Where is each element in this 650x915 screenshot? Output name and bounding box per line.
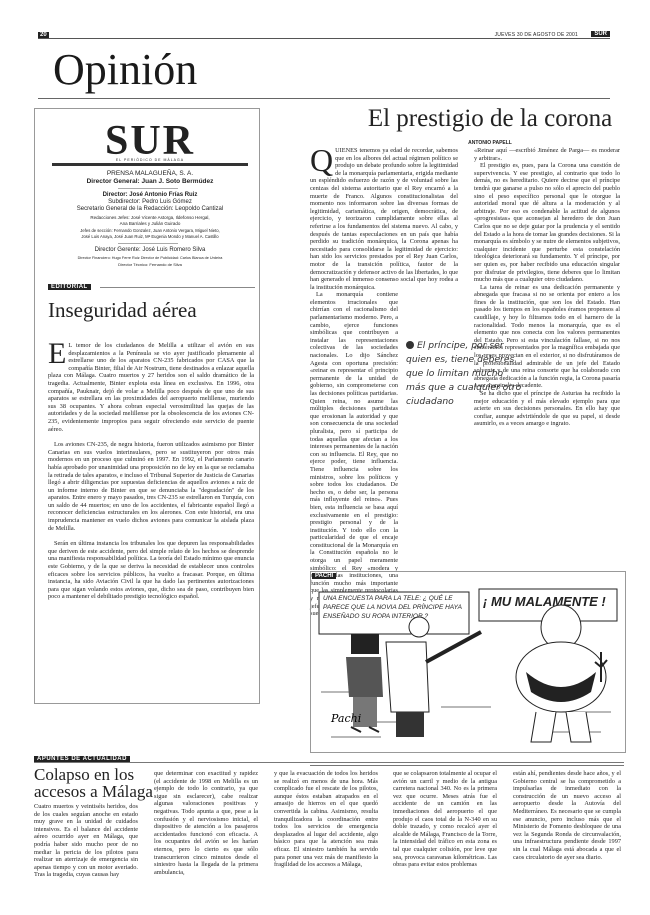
- dropcap: Q: [310, 147, 333, 173]
- director-gerente: Director Gerente: José Luis Romero Silva: [40, 247, 260, 253]
- editorial-rule: [100, 287, 255, 288]
- bullet-icon: [406, 341, 414, 349]
- publisher: PRENSA MALAGUEÑA, S. A.: [40, 170, 260, 177]
- apuntes-paragraph: y que la evacuación de todos los heridos…: [274, 770, 378, 869]
- cartoon-illustration: UNA ENCUESTA PARA LA TELE: ¿ QUÉ LE PARE…: [311, 572, 625, 752]
- cartoon-tag: PACHI: [312, 573, 336, 579]
- article-title: El prestigio de la corona: [340, 105, 640, 133]
- section-title: Opinión: [53, 46, 197, 94]
- cartoonist-signature: Pachi: [330, 712, 361, 725]
- header-rule: [38, 38, 610, 39]
- jefes-seccion: Jefes de sección: Fernando Gonzalez, Jua…: [40, 228, 260, 233]
- redaccion-jefes: Redacciones Jefes: José Vicente Astorga,…: [40, 215, 260, 220]
- masthead-logo: SUR: [50, 120, 250, 162]
- paper-badge: SUR: [591, 31, 610, 37]
- director-general: Director General: Juan J. Soto Bermúdez: [40, 178, 260, 185]
- separator: [118, 243, 178, 244]
- editorial-tag: EDITORIAL: [48, 284, 91, 290]
- subdirector: Subdirector: Pedro Luis Gómez: [40, 199, 260, 205]
- apuntes-paragraph: que se colapsaron totalmente al ocupar e…: [393, 770, 497, 869]
- editorial-paragraph: Los aviones CN-235, de negra historia, f…: [48, 441, 254, 532]
- editorial-title: Inseguridad aérea: [48, 298, 197, 322]
- speech-bubble-left: UNA ENCUESTA PARA LA TELE: ¿ QUÉ LE PARE…: [323, 594, 467, 621]
- cartoon-frame: UNA ENCUESTA PARA LA TELE: ¿ QUÉ LE PARE…: [310, 571, 626, 753]
- apuntes-rule: [34, 762, 624, 763]
- apuntes-paragraph: que determinar con exactitud y rapidez (…: [154, 770, 258, 876]
- editorial-paragraph: L temor de los ciudadanos de Melilla a u…: [48, 342, 254, 433]
- apuntes-column-5: están ahí, pendientes desde hace años, y…: [513, 770, 621, 861]
- secretario: Secretario General de la Redacción: Leop…: [40, 206, 260, 212]
- director-tecnico: Director Técnico: Fernando de Silva: [40, 262, 260, 267]
- apuntes-column-1: Cuatro muertos y veintiséis heridos, dos…: [34, 803, 138, 879]
- redaccion-jefes-2: Ana Barriales y Julián Guirado: [40, 221, 260, 226]
- article-author: ANTONIO PAPELL: [420, 140, 560, 146]
- apuntes-column-3: y que la evacuación de todos los heridos…: [274, 770, 378, 869]
- director-financiero: Director Financiero: Hugo Ferre Ruiz Dir…: [40, 256, 260, 260]
- jefes-seccion-2: José Luis Anaya, José Juan Ruiz, Mª Euge…: [40, 234, 260, 239]
- article-paragraph: El prestigio es, pues, para la Corona un…: [474, 162, 620, 284]
- speech-bubble-right: ¡ MU MALAMENTE !: [483, 594, 617, 609]
- issue-date: JUEVES 30 DE AGOSTO DE 2001: [495, 32, 578, 38]
- masthead-subtitle: EL PERIÓDICO DE MÁLAGA: [50, 158, 250, 162]
- article-paragraph: «Reinar aquí —escribió Jiménez de Parga—…: [474, 147, 620, 162]
- apuntes-column-2: que determinar con exactitud y rapidez (…: [154, 770, 258, 876]
- title-rule: [38, 98, 610, 99]
- dropcap: E: [48, 342, 66, 366]
- separator: [118, 188, 178, 189]
- pull-quote: El príncipe, por ser quien es, tiene deb…: [406, 339, 522, 409]
- apuntes-title: Colapso en los accesos a Málaga: [34, 766, 174, 800]
- article-paragraph: La monarquía contiene elementos irracion…: [310, 291, 398, 618]
- editorial-body: EL temor de los ciudadanos de Melilla a …: [48, 342, 254, 609]
- cartoon-rule: [310, 765, 624, 766]
- apuntes-paragraph: Cuatro muertos y veintiséis heridos, dos…: [34, 803, 138, 879]
- apuntes-paragraph: están ahí, pendientes desde hace años, y…: [513, 770, 621, 861]
- pull-quote-text: El príncipe, por ser quien es, tiene deb…: [406, 340, 521, 407]
- editorial-paragraph: Serán en última instancia los tribunales…: [48, 540, 254, 601]
- director: Director: José Antonio Frías Ruiz: [40, 192, 260, 198]
- masthead-bar: [52, 163, 248, 166]
- apuntes-column-4: que se colapsaron totalmente al ocupar e…: [393, 770, 497, 869]
